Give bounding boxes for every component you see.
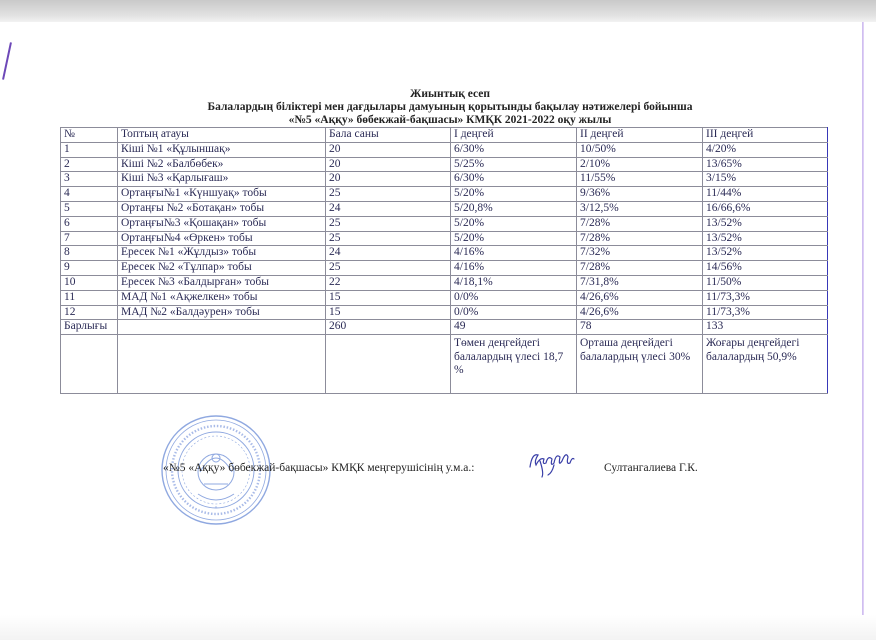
signature-icon bbox=[524, 447, 584, 479]
table-cell: Ересек №1 «Жұлдыз» тобы bbox=[118, 246, 326, 261]
table-cell: Жоғары деңгейдегі балалардың 50,9% bbox=[703, 335, 828, 394]
table-cell: 6 bbox=[61, 216, 118, 231]
table-cell: Кіші №2 «Балбөбек» bbox=[118, 157, 326, 172]
table-cell: 133 bbox=[703, 320, 828, 335]
table-cell: 9/36% bbox=[577, 187, 703, 202]
table-cell: 16/66,6% bbox=[703, 201, 828, 216]
table-row: 9Ересек №2 «Тұлпар» тобы254/16%7/28%14/5… bbox=[61, 261, 828, 276]
signer-name: Султангалиева Г.К. bbox=[604, 462, 698, 474]
position-label: «№5 «Аққу» бөбекжай-бақшасы» КМҚК меңгер… bbox=[163, 462, 474, 474]
table-cell: 7/28% bbox=[577, 261, 703, 276]
table-cell: 15 bbox=[326, 290, 451, 305]
table-cell: 13/52% bbox=[703, 231, 828, 246]
table-cell: МАД №2 «Балдәурен» тобы bbox=[118, 305, 326, 320]
table-cell bbox=[118, 335, 326, 394]
table-cell: 4/16% bbox=[451, 261, 577, 276]
document-institution: «№5 «Аққу» бөбекжай-бақшасы» КМҚК 2021-2… bbox=[150, 114, 750, 127]
table-cell: 7/28% bbox=[577, 231, 703, 246]
table-cell: 9 bbox=[61, 261, 118, 276]
table-cell: Орташа деңгейдегі балалардың үлесі 30% bbox=[577, 335, 703, 394]
table-cell: 11/73,3% bbox=[703, 290, 828, 305]
table-row: 2Кіші №2 «Балбөбек»205/25%2/10%13/65% bbox=[61, 157, 828, 172]
table-row: 12МАД №2 «Балдәурен» тобы150/0%4/26,6%11… bbox=[61, 305, 828, 320]
table-cell: 5/20% bbox=[451, 231, 577, 246]
table-cell: 5/20% bbox=[451, 216, 577, 231]
table-cell: 49 bbox=[451, 320, 577, 335]
table-cell: 22 bbox=[326, 275, 451, 290]
table-cell: 24 bbox=[326, 246, 451, 261]
table-cell: Топтың атауы bbox=[118, 128, 326, 143]
table-cell: 3/12,5% bbox=[577, 201, 703, 216]
table-row: 6Ортаңғы№3 «Қошақан» тобы255/20%7/28%13/… bbox=[61, 216, 828, 231]
table-cell: 3/15% bbox=[703, 172, 828, 187]
table-cell bbox=[326, 335, 451, 394]
table-cell: 20 bbox=[326, 142, 451, 157]
table-cell: 24 bbox=[326, 201, 451, 216]
table-cell: № bbox=[61, 128, 118, 143]
table-cell: 260 bbox=[326, 320, 451, 335]
table-row: 4Ортаңғы№1 «Күншуақ» тобы255/20%9/36%11/… bbox=[61, 187, 828, 202]
table-cell: 13/52% bbox=[703, 216, 828, 231]
table-cell: 7/32% bbox=[577, 246, 703, 261]
table-cell: 25 bbox=[326, 231, 451, 246]
table-cell: 2 bbox=[61, 157, 118, 172]
table-cell: 7/28% bbox=[577, 216, 703, 231]
table-cell: 78 bbox=[577, 320, 703, 335]
table-cell bbox=[118, 320, 326, 335]
scan-bottom-edge bbox=[0, 615, 876, 640]
table-cell: 10/50% bbox=[577, 142, 703, 157]
table-cell: III деңгей bbox=[703, 128, 828, 143]
table-cell: 4/18,1% bbox=[451, 275, 577, 290]
table-cell: 13/52% bbox=[703, 246, 828, 261]
table-cell: 5 bbox=[61, 201, 118, 216]
document-title: Жиынтық есеп bbox=[150, 88, 750, 101]
table-cell: 20 bbox=[326, 157, 451, 172]
table-cell: 10 bbox=[61, 275, 118, 290]
table-cell: 3 bbox=[61, 172, 118, 187]
scan-top-shadow bbox=[0, 0, 876, 22]
table-cell: Кіші №1 «Құлыншақ» bbox=[118, 142, 326, 157]
table-cell: Бала саны bbox=[326, 128, 451, 143]
table-cell: Төмен деңгейдегі балалардың үлесі 18,7 % bbox=[451, 335, 577, 394]
table-cell: 11/73,3% bbox=[703, 305, 828, 320]
table-cell: 25 bbox=[326, 216, 451, 231]
table-cell: 14/56% bbox=[703, 261, 828, 276]
document-subtitle: Балалардың біліктері мен дағдылары дамуы… bbox=[150, 101, 750, 114]
table-row: 11МАД №1 «Ақжелкен» тобы150/0%4/26,6%11/… bbox=[61, 290, 828, 305]
table-cell: 7/31,8% bbox=[577, 275, 703, 290]
table-row: 5Ортаңғы №2 «Ботақан» тобы245/20,8%3/12,… bbox=[61, 201, 828, 216]
table-total-row: Барлығы2604978133 bbox=[61, 320, 828, 335]
table-cell: 5/20% bbox=[451, 187, 577, 202]
table-cell: 12 bbox=[61, 305, 118, 320]
table-cell: 11/55% bbox=[577, 172, 703, 187]
table-cell: 6/30% bbox=[451, 142, 577, 157]
table-header-row: №Топтың атауыБала саныI деңгейII деңгейI… bbox=[61, 128, 828, 143]
table-cell: 4/26,6% bbox=[577, 290, 703, 305]
table-cell: 4/20% bbox=[703, 142, 828, 157]
table-cell: Барлығы bbox=[61, 320, 118, 335]
table-cell: 0/0% bbox=[451, 290, 577, 305]
table-cell: Ересек №2 «Тұлпар» тобы bbox=[118, 261, 326, 276]
table-cell: 6/30% bbox=[451, 172, 577, 187]
table-cell: Ортаңғы№3 «Қошақан» тобы bbox=[118, 216, 326, 231]
table-cell: 25 bbox=[326, 187, 451, 202]
table-cell: 25 bbox=[326, 261, 451, 276]
table-cell: 0/0% bbox=[451, 305, 577, 320]
table-cell: 5/25% bbox=[451, 157, 577, 172]
table-row: 3Кіші №3 «Қарлығаш»206/30%11/55%3/15% bbox=[61, 172, 828, 187]
table-cell: 1 bbox=[61, 142, 118, 157]
table-cell: 11/50% bbox=[703, 275, 828, 290]
table-cell: 4/16% bbox=[451, 246, 577, 261]
table-cell: 20 bbox=[326, 172, 451, 187]
table-cell: 11/44% bbox=[703, 187, 828, 202]
results-table: №Топтың атауыБала саныI деңгейII деңгейI… bbox=[60, 127, 828, 394]
table-cell: 4/26,6% bbox=[577, 305, 703, 320]
table-cell: Ересек №3 «Балдырған» тобы bbox=[118, 275, 326, 290]
table-cell: 7 bbox=[61, 231, 118, 246]
table-row: 8Ересек №1 «Жұлдыз» тобы244/16%7/32%13/5… bbox=[61, 246, 828, 261]
table-cell: 15 bbox=[326, 305, 451, 320]
table-cell bbox=[61, 335, 118, 394]
table-cell: I деңгей bbox=[451, 128, 577, 143]
table-cell: II деңгей bbox=[577, 128, 703, 143]
table-cell: 11 bbox=[61, 290, 118, 305]
table-cell: Ортаңғы №2 «Ботақан» тобы bbox=[118, 201, 326, 216]
table-cell: 5/20,8% bbox=[451, 201, 577, 216]
page-edge bbox=[862, 22, 864, 640]
table-cell: МАД №1 «Ақжелкен» тобы bbox=[118, 290, 326, 305]
table-cell: Ортаңғы№4 «Өркен» тобы bbox=[118, 231, 326, 246]
table-cell: 4 bbox=[61, 187, 118, 202]
table-row: 7Ортаңғы№4 «Өркен» тобы255/20%7/28%13/52… bbox=[61, 231, 828, 246]
table-cell: 2/10% bbox=[577, 157, 703, 172]
table-row: 10Ересек №3 «Балдырған» тобы224/18,1%7/3… bbox=[61, 275, 828, 290]
table-cell: 8 bbox=[61, 246, 118, 261]
table-cell: Кіші №3 «Қарлығаш» bbox=[118, 172, 326, 187]
table-row: 1Кіші №1 «Құлыншақ»206/30%10/50%4/20% bbox=[61, 142, 828, 157]
pen-mark bbox=[2, 42, 12, 80]
table-cell: 13/65% bbox=[703, 157, 828, 172]
document-header: Жиынтық есеп Балалардың біліктері мен да… bbox=[150, 88, 750, 127]
svg-text:*: * bbox=[215, 506, 218, 512]
table-cell: Ортаңғы№1 «Күншуақ» тобы bbox=[118, 187, 326, 202]
table-summary-row: Төмен деңгейдегі балалардың үлесі 18,7 %… bbox=[61, 335, 828, 394]
